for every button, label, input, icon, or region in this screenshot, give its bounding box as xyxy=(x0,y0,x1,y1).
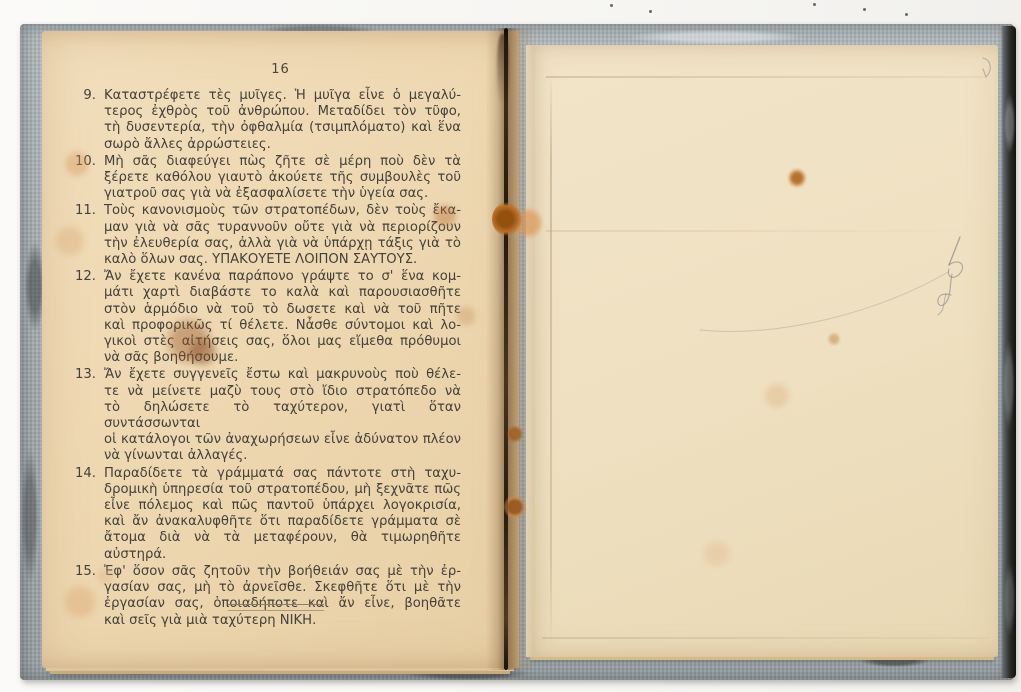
dust-speck xyxy=(813,3,816,6)
item-text-line: Μὴ σᾶς διαφεύγει πὼς ζῆτε σὲ μέρη ποὺ δὲ… xyxy=(104,154,461,170)
item-text: Παραδίδετε τὰ γράμματά σας πάντοτε στὴ τ… xyxy=(104,466,461,563)
item-text: Ἄν ἔχετε συγγενεῖς ἔστω καὶ μακρυνοὺς πο… xyxy=(104,367,461,464)
fold-crease-vertical xyxy=(550,73,552,648)
item-text-line: νὰ γίνωνται ἀλλαγές. xyxy=(104,448,461,464)
item-number: 14. xyxy=(70,466,96,563)
item-text-line: Ἐφ' ὅσον σᾶς ζητοῦν τὴν βοήθειάν σας μὲ … xyxy=(104,564,461,580)
item-text-line: ξέρετε καθόλου γιαυτὸ ἀκούετε τῆς συμβου… xyxy=(104,170,461,186)
item-number: 10. xyxy=(70,154,96,203)
page-number: 16 xyxy=(42,62,519,77)
item-text-line: μαν γιὰ νὰ σᾶς τυραννοῦν οὔτε γιὰ νὰ περ… xyxy=(104,220,461,236)
item-text-line: σωρὸ ἄλλες ἀρρώστειες. xyxy=(104,137,461,153)
item-text-line: στὸν ἁρμόδιο νὰ τοῦ τὸ δωσετε καὶ νὰ τοῦ… xyxy=(104,302,461,318)
fold-crease-middle xyxy=(546,230,976,232)
page-stack-edge-bottom xyxy=(50,671,510,674)
list-item: 13.Ἄν ἔχετε συγγενεῖς ἔστω καὶ μακρυνοὺς… xyxy=(70,367,462,464)
item-text-line: οἱ κατάλογοι τῶν ἀναχωρήσεων εἶνε ἀδύνατ… xyxy=(104,432,461,448)
list-item: 14.Παραδίδετε τὰ γράμματά σας πάντοτε στ… xyxy=(70,466,462,563)
item-text-line: εἶνε πόλεμος καὶ πῶς παντοῦ ὑπάρχει λογο… xyxy=(104,498,461,514)
dust-speck xyxy=(610,4,613,7)
item-text-line: τὴ δυσεντερία, τὴν ὀφθαλμία (τσιμπλόματο… xyxy=(104,120,461,136)
item-text-line: γικοὶ στὲς αἰτήσεις σας, ὅλοι μας εἴμεθα… xyxy=(104,334,461,350)
item-text-line: Ἄν ἔχετε συγγενεῖς ἔστω καὶ μακρυνοὺς πο… xyxy=(104,367,461,383)
fold-crease-bottom xyxy=(542,637,990,639)
item-text: Ἐφ' ὅσον σᾶς ζητοῦν τὴν βοήθειάν σας μὲ … xyxy=(104,564,461,629)
page-right xyxy=(526,45,998,657)
item-text-line: μάτι χαρτὶ διαβάστε το καλὰ καὶ παρουσια… xyxy=(104,285,461,301)
item-number: 15. xyxy=(70,564,96,629)
end-of-text-rule xyxy=(228,604,324,611)
item-text-line: τερος ἐχθρὸς τοῦ ἀνθρώπου. Μεταδίδει τὸν… xyxy=(104,104,461,120)
list-item: 10.Μὴ σᾶς διαφεύγει πὼς ζῆτε σὲ μέρη ποὺ… xyxy=(70,154,462,203)
list-item: 12.Ἄν ἔχετε κανένα παράπονο γράψτε το σ'… xyxy=(70,269,462,366)
item-number: 13. xyxy=(70,367,96,464)
dust-speck xyxy=(863,8,866,11)
item-text: Ἄν ἔχετε κανένα παράπονο γράψτε το σ' ἕν… xyxy=(104,269,461,366)
item-text-line: τὴν ἐλευθερία σας, ἀλλὰ γιὰ νὰ ὑπάρχῃ τά… xyxy=(104,236,461,252)
item-text-line: καλὸ ὅλων σας. ΥΠΑΚΟΥΕΤΕ ΛΟΙΠΟΝ ΣΑΥΤΟΥΣ. xyxy=(104,252,461,268)
item-text: Μὴ σᾶς διαφεύγει πὼς ζῆτε σὲ μέρη ποὺ δὲ… xyxy=(104,154,461,203)
item-text-line: νὰ σᾶς βοηθήσουμε. xyxy=(104,350,461,366)
item-text-line: Τοὺς κανονισμοὺς τῶν στρατοπέδων, δὲν το… xyxy=(104,203,461,219)
list-item: 15.Ἐφ' ὅσον σᾶς ζητοῦν τὴν βοήθειάν σας … xyxy=(70,564,462,629)
item-text-line: τὸ δηλώσετε τὸ ταχύτερον, γιατὶ ὅταν συν… xyxy=(104,400,461,432)
item-text-line: καὶ προφορικῶς τί θέλετε. Νἆσθε σύντομοι… xyxy=(104,318,461,334)
item-text-line: καὶ σεῖς γιὰ μιὰ ταχύτερη ΝΙΚΗ. xyxy=(104,613,461,629)
item-number: 9. xyxy=(70,88,96,153)
item-text-line: Παραδίδετε τὰ γράμματά σας πάντοτε στὴ τ… xyxy=(104,466,461,482)
item-number: 12. xyxy=(70,269,96,366)
item-text-line: γασίαν σας, μὴ τὸ ἀρνεῖσθε. Σκεφθῆτε ὅτι… xyxy=(104,580,461,596)
fold-crease-top xyxy=(546,76,986,78)
list-item: 11.Τοὺς κανονισμοὺς τῶν στρατοπέδων, δὲν… xyxy=(70,203,462,268)
item-number: 11. xyxy=(70,203,96,268)
item-text: Καταστρέφετε τὲς μυῖγες. Ἡ μυῖγα εἶνε ὁ … xyxy=(104,88,461,153)
item-text-line: γιατροῦ σας γιὰ νὰ ἐξασφαλίσετε τὴν ὑγεί… xyxy=(104,186,461,202)
item-text-line: Καταστρέφετε τὲς μυῖγες. Ἡ μυῖγα εἶνε ὁ … xyxy=(104,88,461,104)
list-item: 9.Καταστρέφετε τὲς μυῖγες. Ἡ μυῖγα εἶνε … xyxy=(70,88,462,153)
item-text-line: καὶ ἄν ἀνακαλυφθῆτε ὅτι παραδίδετε γράμμ… xyxy=(104,514,461,530)
item-text: Τοὺς κανονισμοὺς τῶν στρατοπέδων, δὲν το… xyxy=(104,203,461,268)
cover-right-dark-edge xyxy=(1000,26,1016,678)
item-text-line: δρομικὴ ὑπηρεσία τοῦ στρατοπέδου, μὴ ξεχ… xyxy=(104,482,461,498)
instruction-list: 9.Καταστρέφετε τὲς μυῖγες. Ἡ μυῖγα εἶνε … xyxy=(70,87,462,629)
scanned-booklet: 16 9.Καταστρέφετε τὲς μυῖγες. Ἡ μυῖγα εἶ… xyxy=(0,0,1021,692)
item-text-line: τε νὰ μείνετε μαζὺ τους στὸ ἴδιο στρατόπ… xyxy=(104,384,461,400)
dust-speck xyxy=(649,10,652,13)
page-stack-edge-bottom-right xyxy=(530,657,994,660)
page-left: 16 9.Καταστρέφετε τὲς μυῖγες. Ἡ μυῖγα εἶ… xyxy=(42,31,519,668)
item-text-line: ἄτομα διὰ νὰ τὰ μεταφέρουν, θὰ τιμωρηθῆτ… xyxy=(104,530,461,562)
dust-speck xyxy=(905,13,908,16)
page-edge-highlight xyxy=(526,45,534,657)
item-text-line: Ἄν ἔχετε κανένα παράπονο γράψτε το σ' ἕν… xyxy=(104,269,461,285)
